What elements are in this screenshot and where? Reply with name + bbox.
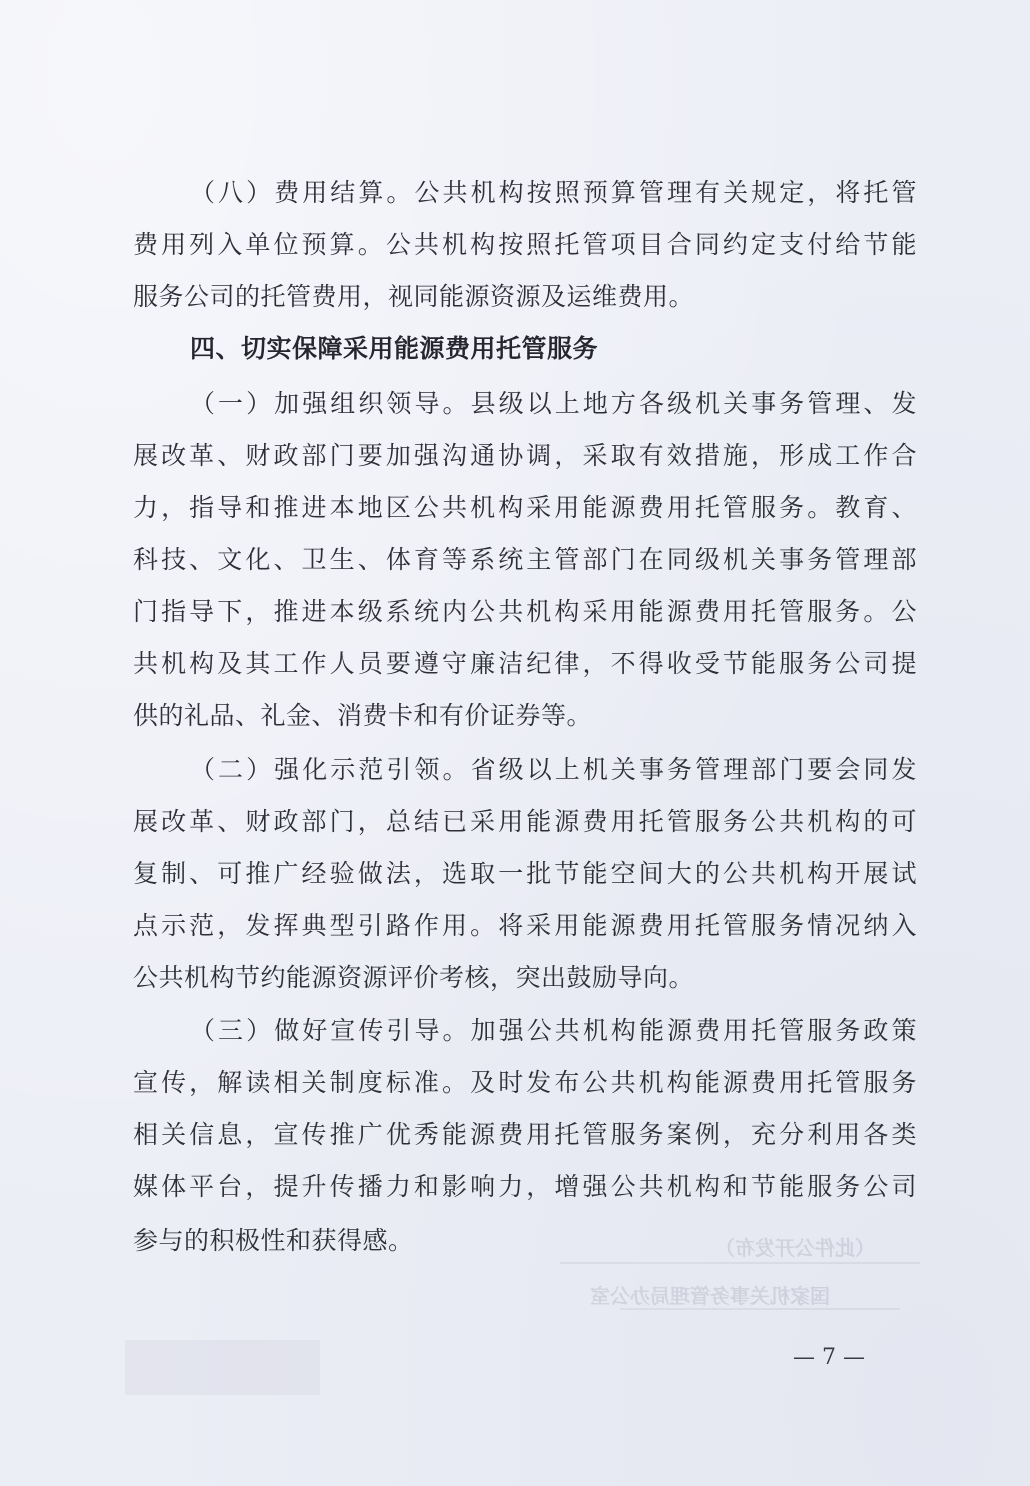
bleed-through-rule: [620, 1308, 900, 1310]
document-page: （八）费用结算。公共机构按照预算管理有关规定，将托管 费用列入单位预算。公共机构…: [0, 0, 1030, 1486]
paragraph-line: 复制、可推广经验做法，选取一批节能空间大的公共机构开展试: [133, 854, 917, 894]
paragraph-line: 展改革、财政部门，总结已采用能源费用托管服务公共机构的可: [133, 802, 917, 842]
paragraph-line: 力，指导和推进本地区公共机构采用能源费用托管服务。教育、: [133, 488, 917, 528]
paragraph-line: 科技、文化、卫生、体育等系统主管部门在同级机关事务管理部: [133, 540, 917, 580]
paragraph-line: 宣传，解读相关制度标准。及时发布公共机构能源费用托管服务: [133, 1063, 917, 1103]
paragraph-line: 门指导下，推进本级系统内公共机构采用能源费用托管服务。公: [133, 592, 917, 632]
bleed-through-block: [125, 1340, 320, 1395]
paragraph-line: 公共机构节约能源资源评价考核，突出鼓励导向。: [133, 958, 917, 998]
paragraph-line: 点示范，发挥典型引路作用。将采用能源费用托管服务情况纳入: [133, 906, 917, 946]
paragraph-line: 相关信息，宣传推广优秀能源费用托管服务案例，充分利用各类: [133, 1115, 917, 1155]
bleed-through-text: （此件公开发布）: [715, 1232, 875, 1261]
paragraph-line: （一）加强组织领导。县级以上地方各级机关事务管理、发: [190, 384, 917, 424]
paragraph-line: 媒体平台，提升传播力和影响力，增强公共机构和节能服务公司: [133, 1167, 917, 1207]
paragraph-line: （八）费用结算。公共机构按照预算管理有关规定，将托管: [190, 173, 917, 213]
bleed-through-rule: [560, 1262, 920, 1264]
paragraph-line: （三）做好宣传引导。加强公共机构能源费用托管服务政策: [190, 1011, 917, 1051]
paragraph-line: 费用列入单位预算。公共机构按照托管项目合同约定支付给节能: [133, 225, 917, 265]
paragraph-line: 服务公司的托管费用，视同能源资源及运维费用。: [133, 277, 917, 317]
bleed-through-text: 国家机关事务管理局办公室: [590, 1280, 830, 1309]
paragraph-line: 供的礼品、礼金、消费卡和有价证券等。: [133, 696, 917, 736]
paragraph-line: 展改革、财政部门要加强沟通协调，采取有效措施，形成工作合: [133, 436, 917, 476]
page-number: — 7 —: [793, 1343, 865, 1373]
paragraph-line: 共机构及其工作人员要遵守廉洁纪律，不得收受节能服务公司提: [133, 644, 917, 684]
section-heading: 四、切实保障采用能源费用托管服务: [190, 329, 598, 369]
paragraph-line: （二）强化示范引领。省级以上机关事务管理部门要会同发: [190, 750, 917, 790]
